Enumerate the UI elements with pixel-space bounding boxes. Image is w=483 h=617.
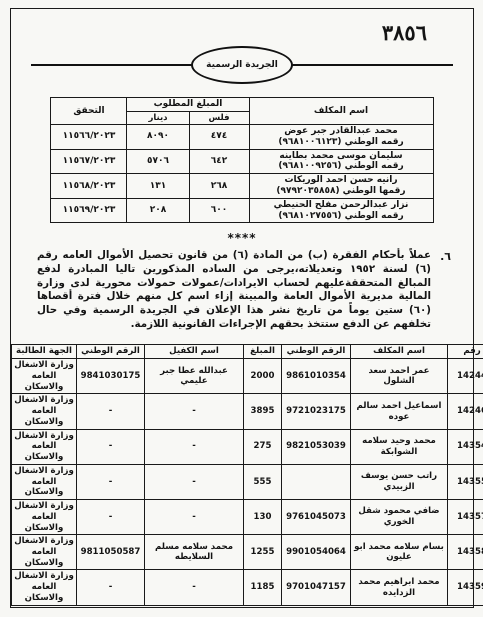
taxpayer-name-cell: راتب حسن يوسف الزبيدي <box>351 464 448 499</box>
section-separator: **** <box>11 231 473 245</box>
national-id-cell: 9821053039 <box>282 429 351 464</box>
taxpayer-name-cell: محمد عبدالقادر جبر عوضرقمه الوطني (٩٦٨١٠… <box>249 124 433 149</box>
table-row: 202314355راتب حسن يوسف الزبيدي555--وزارة… <box>12 464 483 499</box>
national-id-cell: 9901054064 <box>282 535 351 570</box>
fils-cell: ٢٦٨ <box>189 174 249 199</box>
taxpayer-name-cell: ضافي محمود شقل الخوري <box>351 500 448 535</box>
debtors-table-body: 202314244عمر احمد سعد الشلول986101035420… <box>12 359 483 605</box>
amount-cell: 1255 <box>244 535 282 570</box>
page-border-frame: ٣٨٥٦ الجريدة الرسمية اسم المكلف المبلغ ا… <box>10 8 474 608</box>
taxpayer-amounts-table: اسم المكلف المبلغ المطلوب التحقق فلس دين… <box>50 97 433 223</box>
national-id-cell <box>282 464 351 499</box>
record-number-cell: 14244 <box>448 359 483 394</box>
taxpayer-name-cell: محمد ابراهيم محمد الزدايده <box>351 570 448 605</box>
record-number-cell: 14359 <box>448 570 483 605</box>
guarantor-national-id-cell: - <box>77 570 145 605</box>
table-row: رانيه حسن احمد الوريكاترقمها الوطني (٩٧٩… <box>51 174 433 199</box>
record-number-cell: 14246 <box>448 394 483 429</box>
taxpayer-name-cell: بسام سلامه محمد ابو عليون <box>351 535 448 570</box>
requesting-entity-cell: وزارة الاشغال العامه والاسكان <box>12 535 77 570</box>
debtors-table: سنةرقماسم المكلفالرقم الوطنيالمبلغاسم ال… <box>11 344 483 605</box>
record-number-cell: 14355 <box>448 464 483 499</box>
guarantor-name-cell: محمد سلامه مسلم السلايطه <box>145 535 244 570</box>
gazette-banner: الجريدة الرسمية <box>31 46 453 84</box>
table-row: 202314358بسام سلامه محمد ابو عليون990105… <box>12 535 483 570</box>
requesting-entity-cell: وزارة الاشغال العامه والاسكان <box>12 429 77 464</box>
column-header: اسم الكفيل <box>145 345 244 359</box>
guarantor-name-cell: - <box>145 570 244 605</box>
dinar-cell: ٨٠٩٠ <box>127 124 189 149</box>
debtors-header-row: سنةرقماسم المكلفالرقم الوطنيالمبلغاسم ال… <box>12 345 483 359</box>
verification-cell: ١١٥٦٧/٢٠٢٣ <box>51 149 127 174</box>
column-header: الرقم الوطني <box>77 345 145 359</box>
column-header: اسم المكلف <box>351 345 448 359</box>
verification-cell: ١١٥٦٩/٢٠٢٣ <box>51 198 127 223</box>
column-header: المبلغ <box>244 345 282 359</box>
table-row: 202314359محمد ابراهيم محمد الزدايده97010… <box>12 570 483 605</box>
amount-cell: 130 <box>244 500 282 535</box>
column-header: الجهة الطالبة <box>12 345 77 359</box>
guarantor-national-id-cell: - <box>77 464 145 499</box>
clause-number: ٦. <box>431 249 451 331</box>
record-number-cell: 14357 <box>448 500 483 535</box>
column-header: رقم <box>448 345 483 359</box>
guarantor-national-id-cell: 9811050587 <box>77 535 145 570</box>
guarantor-national-id-cell: - <box>77 500 145 535</box>
fils-cell: ٤٧٤ <box>189 124 249 149</box>
taxpayer-national-id: رقمها الوطني (٩٧٩٢٠٣٥٨٥٨) <box>253 186 430 197</box>
requesting-entity-cell: وزارة الاشغال العامه والاسكان <box>12 359 77 394</box>
taxpayer-national-id: رقمه الوطني (٩٦٨١٠٠٦١٢٣) <box>253 137 430 148</box>
debtors-table-head: سنةرقماسم المكلفالرقم الوطنيالمبلغاسم ال… <box>12 345 483 359</box>
dinar-cell: ٥٧٠٦ <box>127 149 189 174</box>
gazette-title: الجريدة الرسمية <box>206 60 278 70</box>
national-id-cell: 9721023175 <box>282 394 351 429</box>
guarantor-name-cell: - <box>145 429 244 464</box>
dinar-cell: ١٣١ <box>127 174 189 199</box>
amount-cell: 1185 <box>244 570 282 605</box>
col-header-dinar: دينار <box>127 111 189 124</box>
amount-cell: 275 <box>244 429 282 464</box>
fils-cell: ٦٠٠ <box>189 198 249 223</box>
clause-6: ٦. عملاً بأحكام الفقرة (ب) من المادة (٦)… <box>37 249 451 331</box>
taxpayer-name-cell: رانيه حسن احمد الوريكاترقمها الوطني (٩٧٩… <box>249 174 433 199</box>
taxpayer-name: محمد عبدالقادر جبر عوض <box>253 126 430 137</box>
page-number: ٣٨٥٦ <box>11 21 427 46</box>
guarantor-name-cell: - <box>145 464 244 499</box>
table-row: 202314244عمر احمد سعد الشلول986101035420… <box>12 359 483 394</box>
table-row: 202314354محمد وحيد سلامه الشوابكة9821053… <box>12 429 483 464</box>
national-id-cell: 9701047157 <box>282 570 351 605</box>
record-number-cell: 14354 <box>448 429 483 464</box>
taxpayer-national-id: رقمه الوطني (٩٦٨١٠٠٩٢٥٦) <box>253 161 430 172</box>
taxpayer-name-cell: نزار عبدالرحمن مفلح الحنيطيرقمه الوطني (… <box>249 198 433 223</box>
col-header-fils: فلس <box>189 111 249 124</box>
fils-cell: ٦٤٢ <box>189 149 249 174</box>
taxpayer-name: سليمان موسى محمد بطاينه <box>253 151 430 162</box>
header-row: اسم المكلف المبلغ المطلوب التحقق <box>51 98 433 112</box>
guarantor-national-id-cell: 9841030175 <box>77 359 145 394</box>
verification-cell: ١١٥٦٦/٢٠٢٣ <box>51 124 127 149</box>
guarantor-name-cell: - <box>145 500 244 535</box>
taxpayer-name: نزار عبدالرحمن مفلح الحنيطي <box>253 200 430 211</box>
amount-cell: 555 <box>244 464 282 499</box>
column-header: الرقم الوطني <box>282 345 351 359</box>
taxpayer-national-id: رقمه الوطني (٩٦٨١٠٢٧٥٥٦) <box>253 211 430 222</box>
taxpayer-table-head: اسم المكلف المبلغ المطلوب التحقق فلس دين… <box>51 98 433 125</box>
gazette-page: ٣٨٥٦ الجريدة الرسمية اسم المكلف المبلغ ا… <box>0 0 483 617</box>
verification-cell: ١١٥٦٨/٢٠٢٣ <box>51 174 127 199</box>
table-row: 202314357ضافي محمود شقل الخوري9761045073… <box>12 500 483 535</box>
taxpayer-table-body: محمد عبدالقادر جبر عوضرقمه الوطني (٩٦٨١٠… <box>51 124 433 222</box>
table-row: محمد عبدالقادر جبر عوضرقمه الوطني (٩٦٨١٠… <box>51 124 433 149</box>
col-header-verification: التحقق <box>51 98 127 125</box>
guarantor-name-cell: - <box>145 394 244 429</box>
gazette-title-oval: الجريدة الرسمية <box>191 46 293 84</box>
guarantor-national-id-cell: - <box>77 394 145 429</box>
requesting-entity-cell: وزارة الاشغال العامه والاسكان <box>12 464 77 499</box>
taxpayer-name-cell: محمد وحيد سلامه الشوابكة <box>351 429 448 464</box>
clause-text: عملاً بأحكام الفقرة (ب) من المادة (٦) من… <box>37 249 431 331</box>
table-row: سليمان موسى محمد بطاينهرقمه الوطني (٩٦٨١… <box>51 149 433 174</box>
national-id-cell: 9761045073 <box>282 500 351 535</box>
table-row: نزار عبدالرحمن مفلح الحنيطيرقمه الوطني (… <box>51 198 433 223</box>
requesting-entity-cell: وزارة الاشغال العامه والاسكان <box>12 570 77 605</box>
national-id-cell: 9861010354 <box>282 359 351 394</box>
amount-cell: 3895 <box>244 394 282 429</box>
record-number-cell: 14358 <box>448 535 483 570</box>
dinar-cell: ٢٠٨ <box>127 198 189 223</box>
requesting-entity-cell: وزارة الاشغال العامه والاسكان <box>12 394 77 429</box>
taxpayer-name-cell: سليمان موسى محمد بطاينهرقمه الوطني (٩٦٨١… <box>249 149 433 174</box>
guarantor-national-id-cell: - <box>77 429 145 464</box>
col-header-taxpayer-name: اسم المكلف <box>249 98 433 125</box>
guarantor-name-cell: عبدالله عطا جبر عليمي <box>145 359 244 394</box>
requesting-entity-cell: وزارة الاشغال العامه والاسكان <box>12 500 77 535</box>
amount-cell: 2000 <box>244 359 282 394</box>
taxpayer-name-cell: عمر احمد سعد الشلول <box>351 359 448 394</box>
taxpayer-name: رانيه حسن احمد الوريكات <box>253 175 430 186</box>
table-row: 202314246اسماعيل احمد سالم عوده972102317… <box>12 394 483 429</box>
taxpayer-name-cell: اسماعيل احمد سالم عوده <box>351 394 448 429</box>
col-header-amount-due: المبلغ المطلوب <box>127 98 249 112</box>
